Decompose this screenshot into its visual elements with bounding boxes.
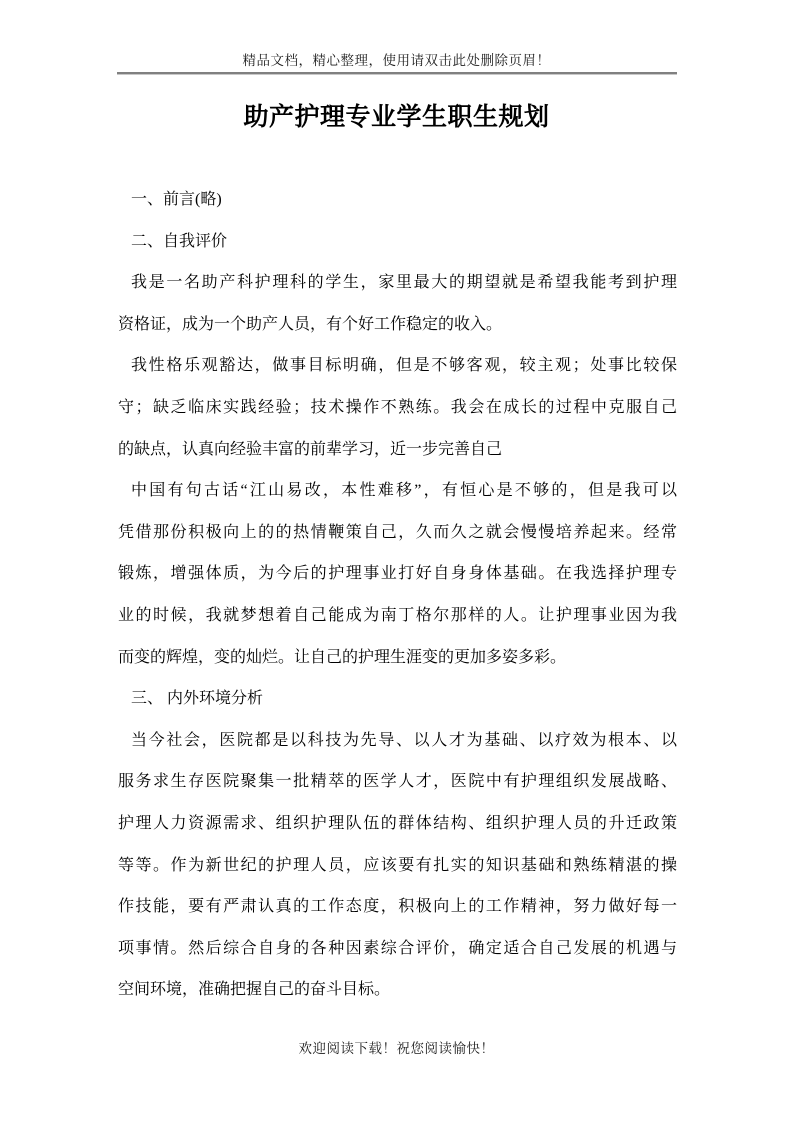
document-line: 当今社会，医院都是以科技为先导、以人才为基础、以疗效为根本、以 — [118, 720, 677, 762]
document-line: 凭借那份积极向上的的热情鞭策自己，久而久之就会慢慢培养起来。经常 — [118, 512, 677, 554]
document-line: 业的时候，我就梦想着自己能成为南丁格尔那样的人。让护理事业因为我 — [118, 595, 677, 637]
document-line: 守；缺乏临床实践经验；技术操作不熟练。我会在成长的过程中克服自己 — [118, 387, 677, 429]
document-line: 资格证，成为一个助产人员，有个好工作稳定的收入。 — [118, 304, 677, 346]
document-line: 我性格乐观豁达，做事目标明确，但是不够客观，较主观；处事比较保 — [118, 345, 677, 387]
document-line: 的缺点，认真向经验丰富的前辈学习，近一步完善自己 — [118, 429, 677, 471]
document-line: 服务求生存医院聚集一批精萃的医学人才，医院中有护理组织发展战略、 — [118, 761, 677, 803]
document-line: 项事情。然后综合自身的各种因素综合评价，确定适合自己发展的机遇与 — [118, 928, 677, 970]
document-page: 精品文档，精心整理，使用请双击此处删除页眉！ 助产护理专业学生职生规划 一、前言… — [0, 0, 793, 1122]
document-line: 作技能，要有严肃认真的工作态度，积极向上的工作精神，努力做好每一 — [118, 886, 677, 928]
header-rule-divider — [117, 72, 677, 74]
document-line: 二、自我评价 — [118, 221, 677, 263]
document-body: 一、前言(略)二、自我评价我是一名助产科护理科的学生，家里最大的期望就是希望我能… — [118, 179, 677, 1011]
document-line: 空间环境，准确把握自己的奋斗目标。 — [118, 969, 677, 1011]
page-header-text: 精品文档，精心整理，使用请双击此处删除页眉！ — [0, 52, 793, 69]
document-line: 护理人力资源需求、组织护理队伍的群体结构、组织护理人员的升迁政策 — [118, 803, 677, 845]
document-line: 我是一名助产科护理科的学生，家里最大的期望就是希望我能考到护理 — [118, 262, 677, 304]
page-footer-text: 欢迎阅读下载！祝您阅读愉快！ — [0, 1040, 793, 1057]
document-line: 中国有句古话“江山易改，本性难移”，有恒心是不够的，但是我可以 — [118, 470, 677, 512]
document-line: 一、前言(略) — [118, 179, 677, 221]
document-line: 等等。作为新世纪的护理人员，应该要有扎实的知识基础和熟练精湛的操 — [118, 845, 677, 887]
document-line: 三、 内外环境分析 — [118, 678, 677, 720]
document-line: 锻炼，增强体质，为今后的护理事业打好自身身体基础。在我选择护理专 — [118, 553, 677, 595]
document-title: 助产护理专业学生职生规划 — [0, 100, 793, 134]
document-line: 而变的辉煌，变的灿烂。让自己的护理生涯变的更加多姿多彩。 — [118, 637, 677, 679]
